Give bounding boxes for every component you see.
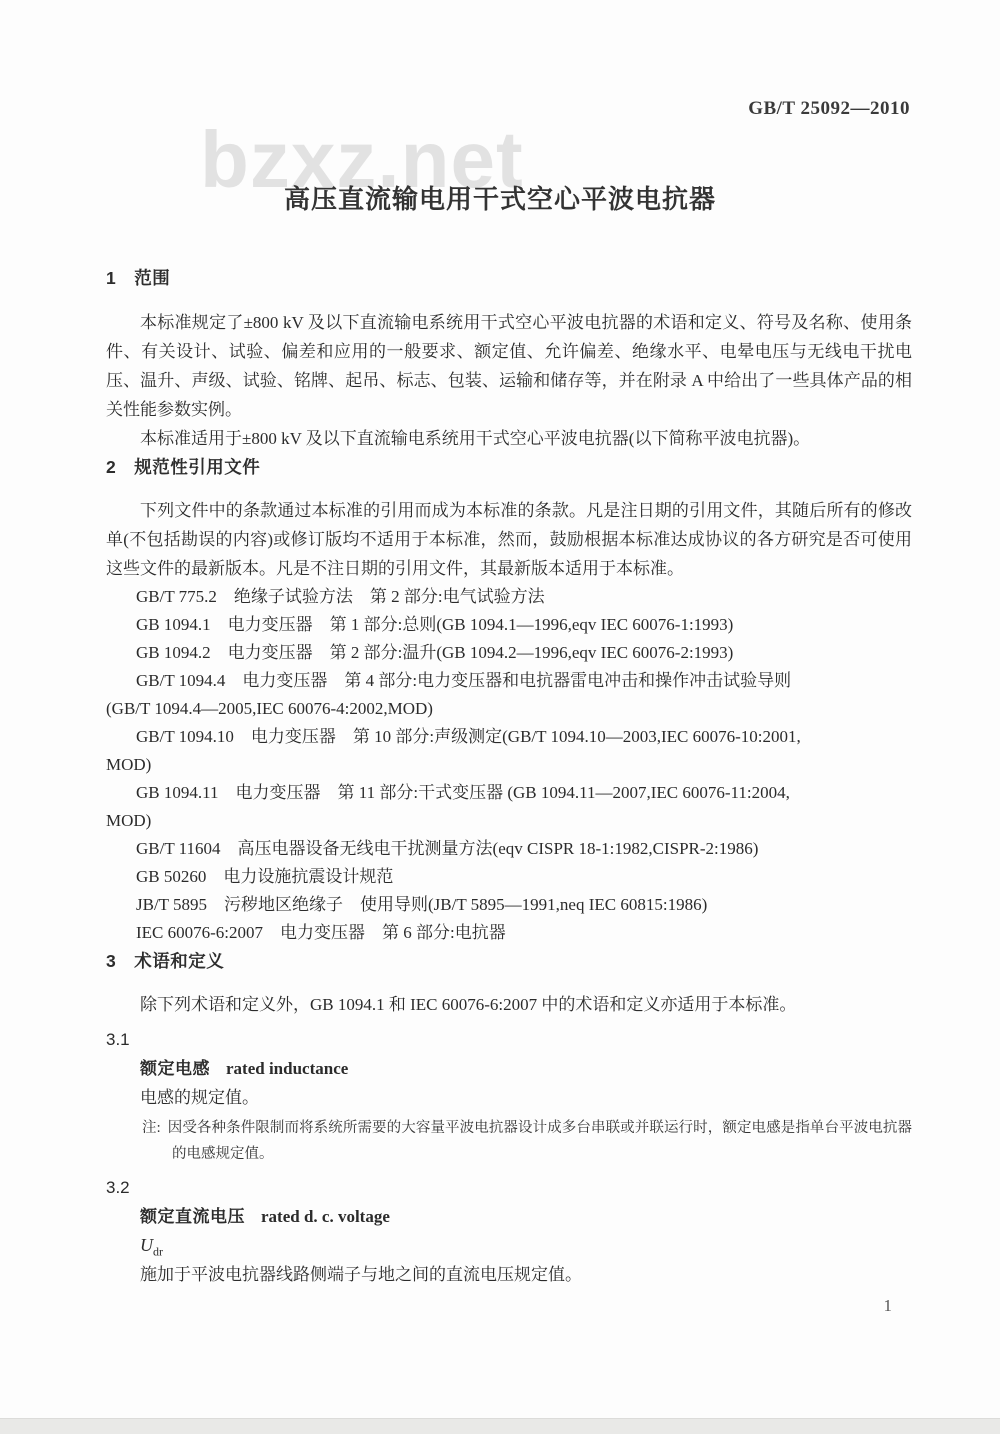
document-title: 高压直流输电用干式空心平波电抗器 [0, 184, 1000, 215]
note-text: 因受各种条件限制而将系统所需要的大容量平波电抗器设计成多台串联或并联运行时，额定… [168, 1120, 912, 1162]
reference-item: GB 1094.11 电力变压器 第 11 部分:干式变压器 (GB 1094.… [106, 779, 912, 835]
scan-edge-strip [0, 1418, 1000, 1434]
scope-paragraph: 本标准适用于±800 kV 及以下直流输电系统用干式空心平波电抗器(以下简称平波… [106, 424, 912, 453]
page-number: 1 [884, 1296, 893, 1316]
reference-item: IEC 60076-6:2007 电力变压器 第 6 部分:电抗器 [106, 919, 912, 947]
symbol-subscript: dr [153, 1245, 163, 1259]
document-page: bzxz.net GB/T 25092—2010 高压直流输电用干式空心平波电抗… [0, 0, 1000, 1434]
term-title-en: rated inductance [226, 1059, 348, 1078]
standard-code: GB/T 25092—2010 [748, 98, 910, 120]
term-symbol: Udr [106, 1231, 912, 1260]
reference-item: GB 1094.1 电力变压器 第 1 部分:总则(GB 1094.1—1996… [106, 611, 912, 639]
section-heading-references: 2 规范性引用文件 [106, 453, 912, 482]
terms-intro: 除下列术语和定义外，GB 1094.1 和 IEC 60076-6:2007 中… [106, 990, 912, 1019]
reference-item: GB/T 11604 高压电器设备无线电干扰测量方法(eqv CISPR 18-… [106, 835, 912, 863]
reference-item: GB/T 1094.10 电力变压器 第 10 部分:声级测定(GB/T 109… [106, 723, 912, 779]
reference-list: GB/T 775.2 绝缘子试验方法 第 2 部分:电气试验方法 GB 1094… [106, 583, 912, 947]
section-heading-scope: 1 范围 [106, 264, 912, 293]
symbol-base: U [140, 1235, 153, 1255]
reference-item: GB/T 1094.4 电力变压器 第 4 部分:电力变压器和电抗器雷电冲击和操… [106, 667, 912, 723]
term-title: 额定直流电压rated d. c. voltage [106, 1202, 912, 1231]
reference-item: GB/T 775.2 绝缘子试验方法 第 2 部分:电气试验方法 [106, 583, 912, 611]
section-heading-terms: 3 术语和定义 [106, 947, 912, 976]
scope-paragraph: 本标准规定了±800 kV 及以下直流输电系统用干式空心平波电抗器的术语和定义、… [106, 308, 912, 424]
term-definition: 电感的规定值。 [106, 1083, 912, 1112]
term-definition: 施加于平波电抗器线路侧端子与地之间的直流电压规定值。 [106, 1260, 912, 1289]
term-title-zh: 额定电感 [140, 1059, 210, 1078]
term-number: 3.1 [106, 1025, 912, 1054]
term-title: 额定电感rated inductance [106, 1054, 912, 1083]
references-intro: 下列文件中的条款通过本标准的引用而成为本标准的条款。凡是注日期的引用文件，其随后… [106, 496, 912, 583]
term-number: 3.2 [106, 1173, 912, 1202]
term-title-zh: 额定直流电压 [140, 1207, 245, 1226]
reference-item: GB 50260 电力设施抗震设计规范 [106, 863, 912, 891]
page-body: 1 范围 本标准规定了±800 kV 及以下直流输电系统用干式空心平波电抗器的术… [106, 264, 912, 1289]
reference-item: GB 1094.2 电力变压器 第 2 部分:温升(GB 1094.2—1996… [106, 639, 912, 667]
reference-item: JB/T 5895 污秽地区绝缘子 使用导则(JB/T 5895—1991,ne… [106, 891, 912, 919]
note-label: 注: [142, 1120, 161, 1136]
term-note: 注:因受各种条件限制而将系统所需要的大容量平波电抗器设计成多台串联或并联运行时，… [142, 1115, 912, 1167]
term-title-en: rated d. c. voltage [261, 1207, 390, 1226]
